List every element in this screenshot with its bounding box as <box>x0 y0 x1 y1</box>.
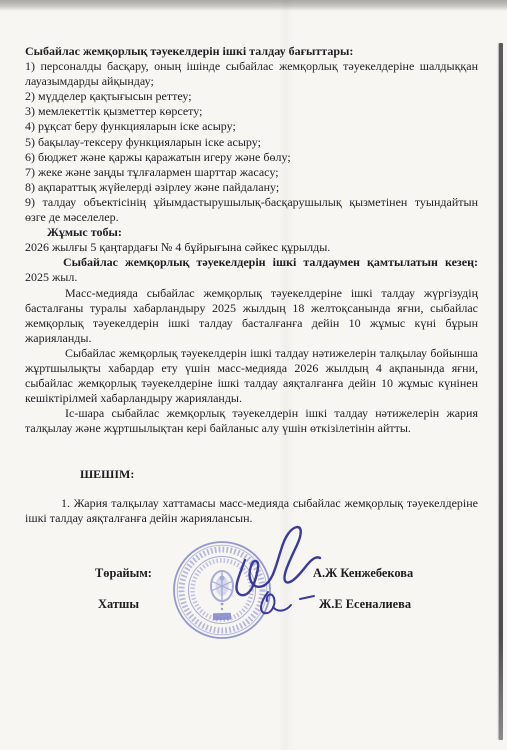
directions-heading: Сыбайлас жемқорлық тәуекелдерін ішкі тал… <box>25 44 478 59</box>
scan-top-edge <box>0 0 507 11</box>
handwritten-signature <box>236 527 320 613</box>
analysis-period: Сыбайлас жемқорлық тәуекелдерін ішкі тал… <box>25 255 478 285</box>
work-group-heading: Жұмыс тобы: <box>25 225 478 240</box>
direction-item: 8) ақпараттық жүйелерді әзірлеу және пай… <box>25 180 478 195</box>
direction-item: 3) мемлекеттік қызметтер көрсету; <box>25 104 478 119</box>
decision-heading: ШЕШІМ: <box>80 467 478 482</box>
direction-item: 9) талдау объектісінің ұйымдастырушылық-… <box>25 195 478 225</box>
decision-section: ШЕШІМ: 1. Жария талқылау хаттамасы масс-… <box>25 467 478 526</box>
secretary-role-label: Хатшы <box>98 597 139 612</box>
direction-item: 1) персоналды басқару, оның ішінде сыбай… <box>25 59 478 89</box>
chairperson-role-label: Төрайым: <box>95 566 152 581</box>
direction-item: 4) рұқсат беру функцияларын іске асыру; <box>25 119 478 134</box>
direction-item: 7) жеке және заңды тұлғалармен шарттар ж… <box>25 165 478 180</box>
direction-item: 6) бюджет және қаржы қаражатын игеру жән… <box>25 150 478 165</box>
stamp-and-signatures <box>150 520 350 690</box>
seal-emblem <box>211 570 233 610</box>
direction-item: 5) бақылау-тексеру функцияларын іске асы… <box>25 135 478 150</box>
direction-item: 2) мүдделер қақтығысын реттеу; <box>25 89 478 104</box>
work-group-text: 2026 жылғы 5 қаңтардағы № 4 бұйрығына сә… <box>25 240 478 255</box>
document-body: Сыбайлас жемқорлық тәуекелдерін ішкі тал… <box>25 44 478 436</box>
scanned-protocol-page: Сыбайлас жемқорлық тәуекелдерін ішкі тал… <box>0 0 507 750</box>
event-purpose-paragraph: Іс-шара сыбайлас жемқорлық тәуекелдерін … <box>25 406 478 436</box>
results-notice-paragraph: Сыбайлас жемқорлық тәуекелдерін ішкі тал… <box>25 346 478 406</box>
period-value: 2025 жыл. <box>25 270 77 284</box>
announcement-paragraph: Масс-медияда сыбайлас жемқорлық тәуекелд… <box>25 286 478 346</box>
page-edge-shadow <box>499 43 503 740</box>
period-heading: Сыбайлас жемқорлық тәуекелдерін ішкі тал… <box>63 255 478 269</box>
official-seal-stamp <box>174 542 270 638</box>
